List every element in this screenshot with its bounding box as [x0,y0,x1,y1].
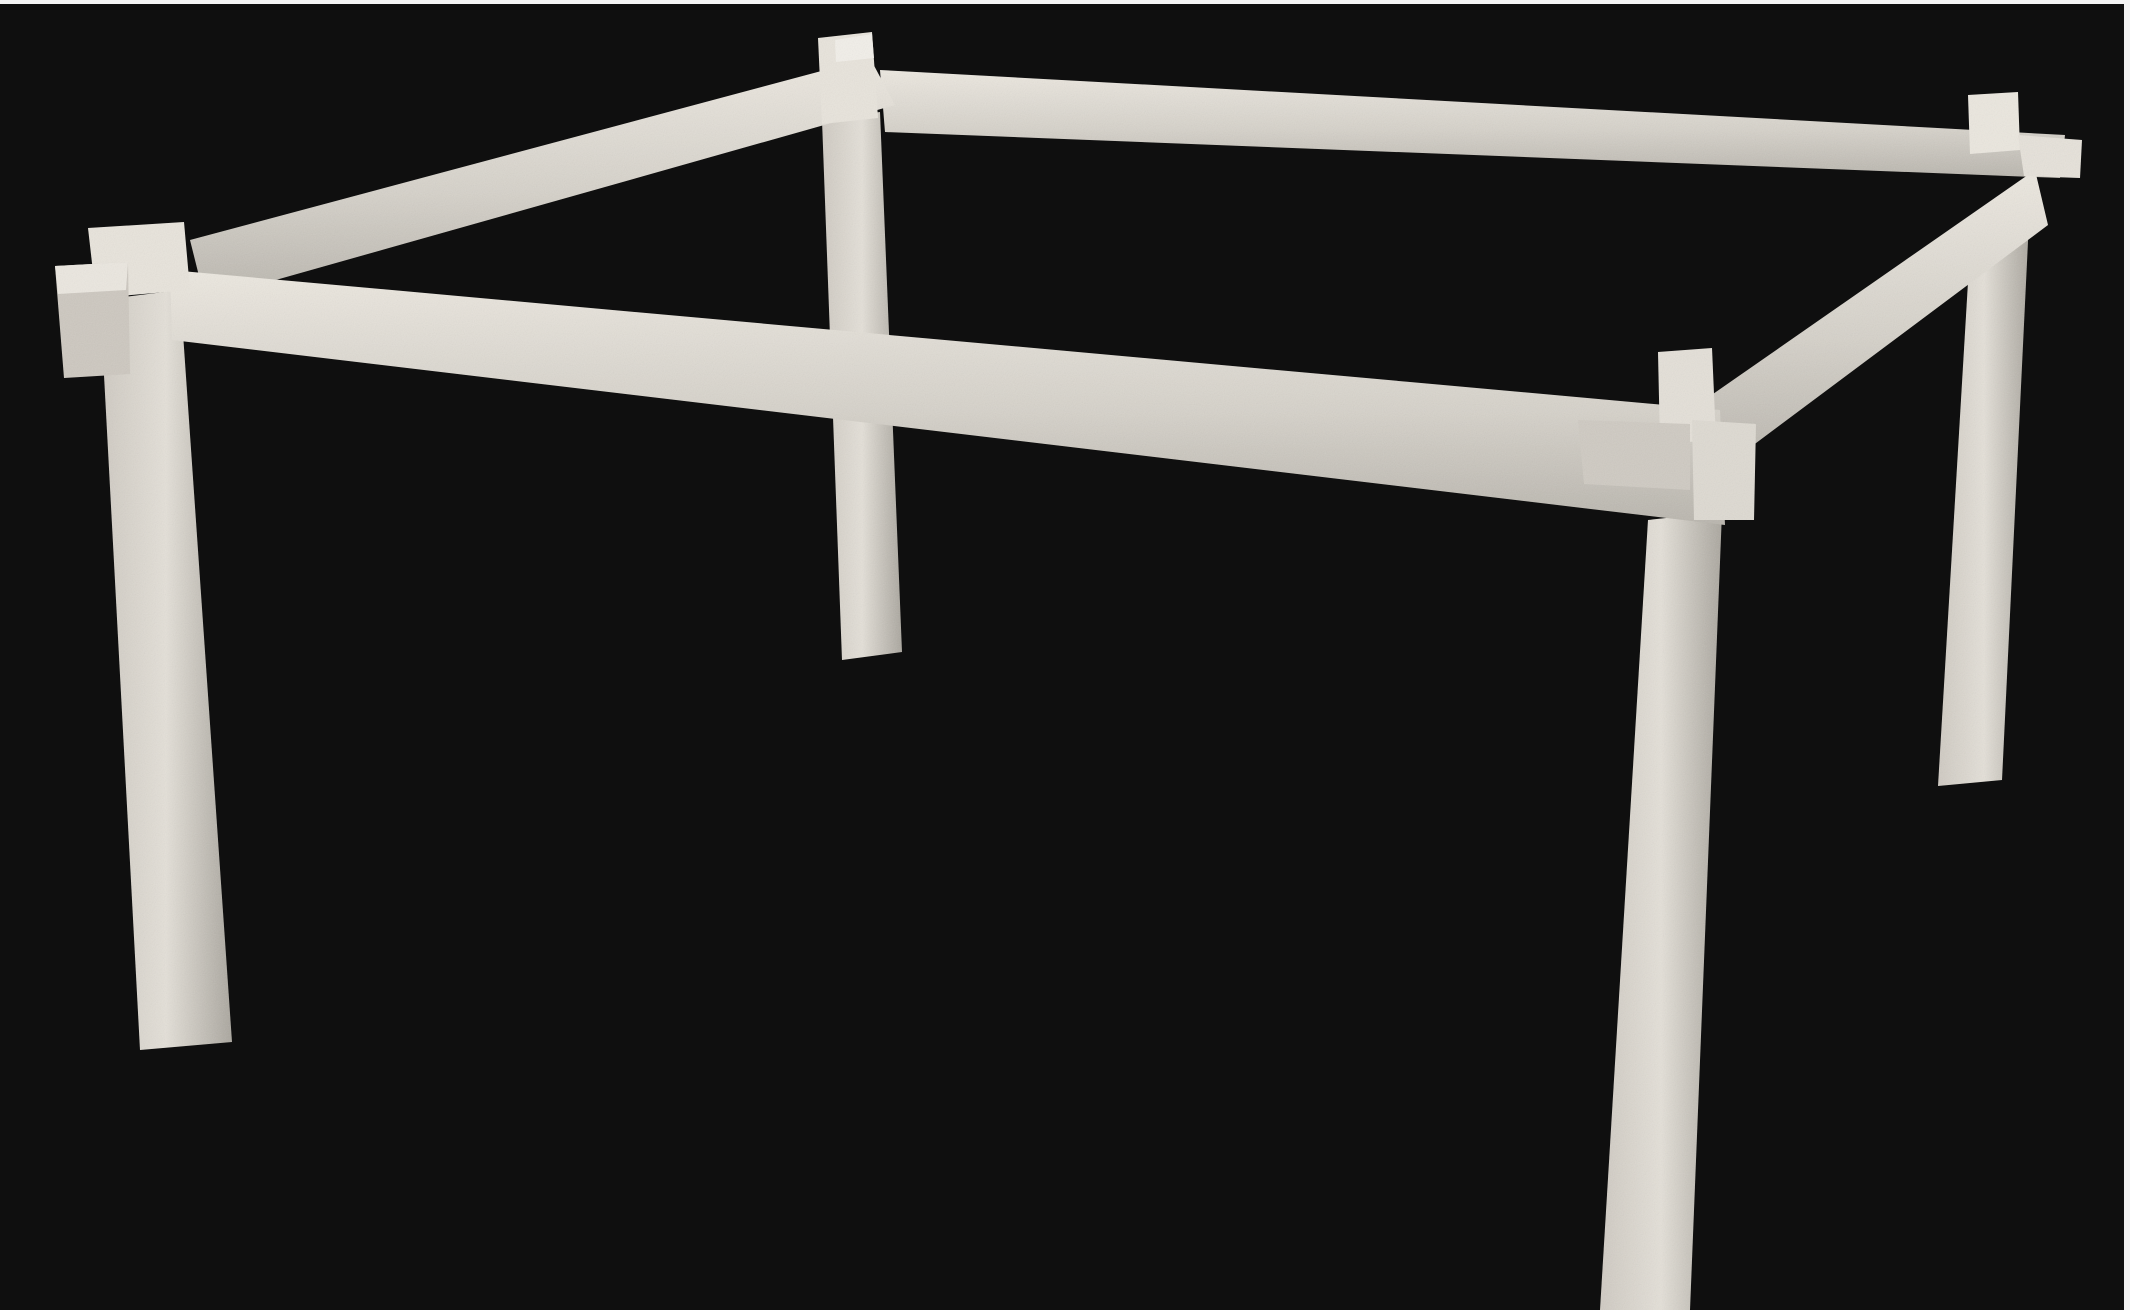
photograph [0,0,2130,1310]
rail-front [170,270,1725,525]
joint-back-left [818,32,878,124]
rail-back [880,70,2065,178]
leg-front-left [100,290,232,1050]
leg-front-right [1600,512,1722,1310]
table-frame-illustration [0,0,2130,1310]
rail-left [190,58,895,300]
